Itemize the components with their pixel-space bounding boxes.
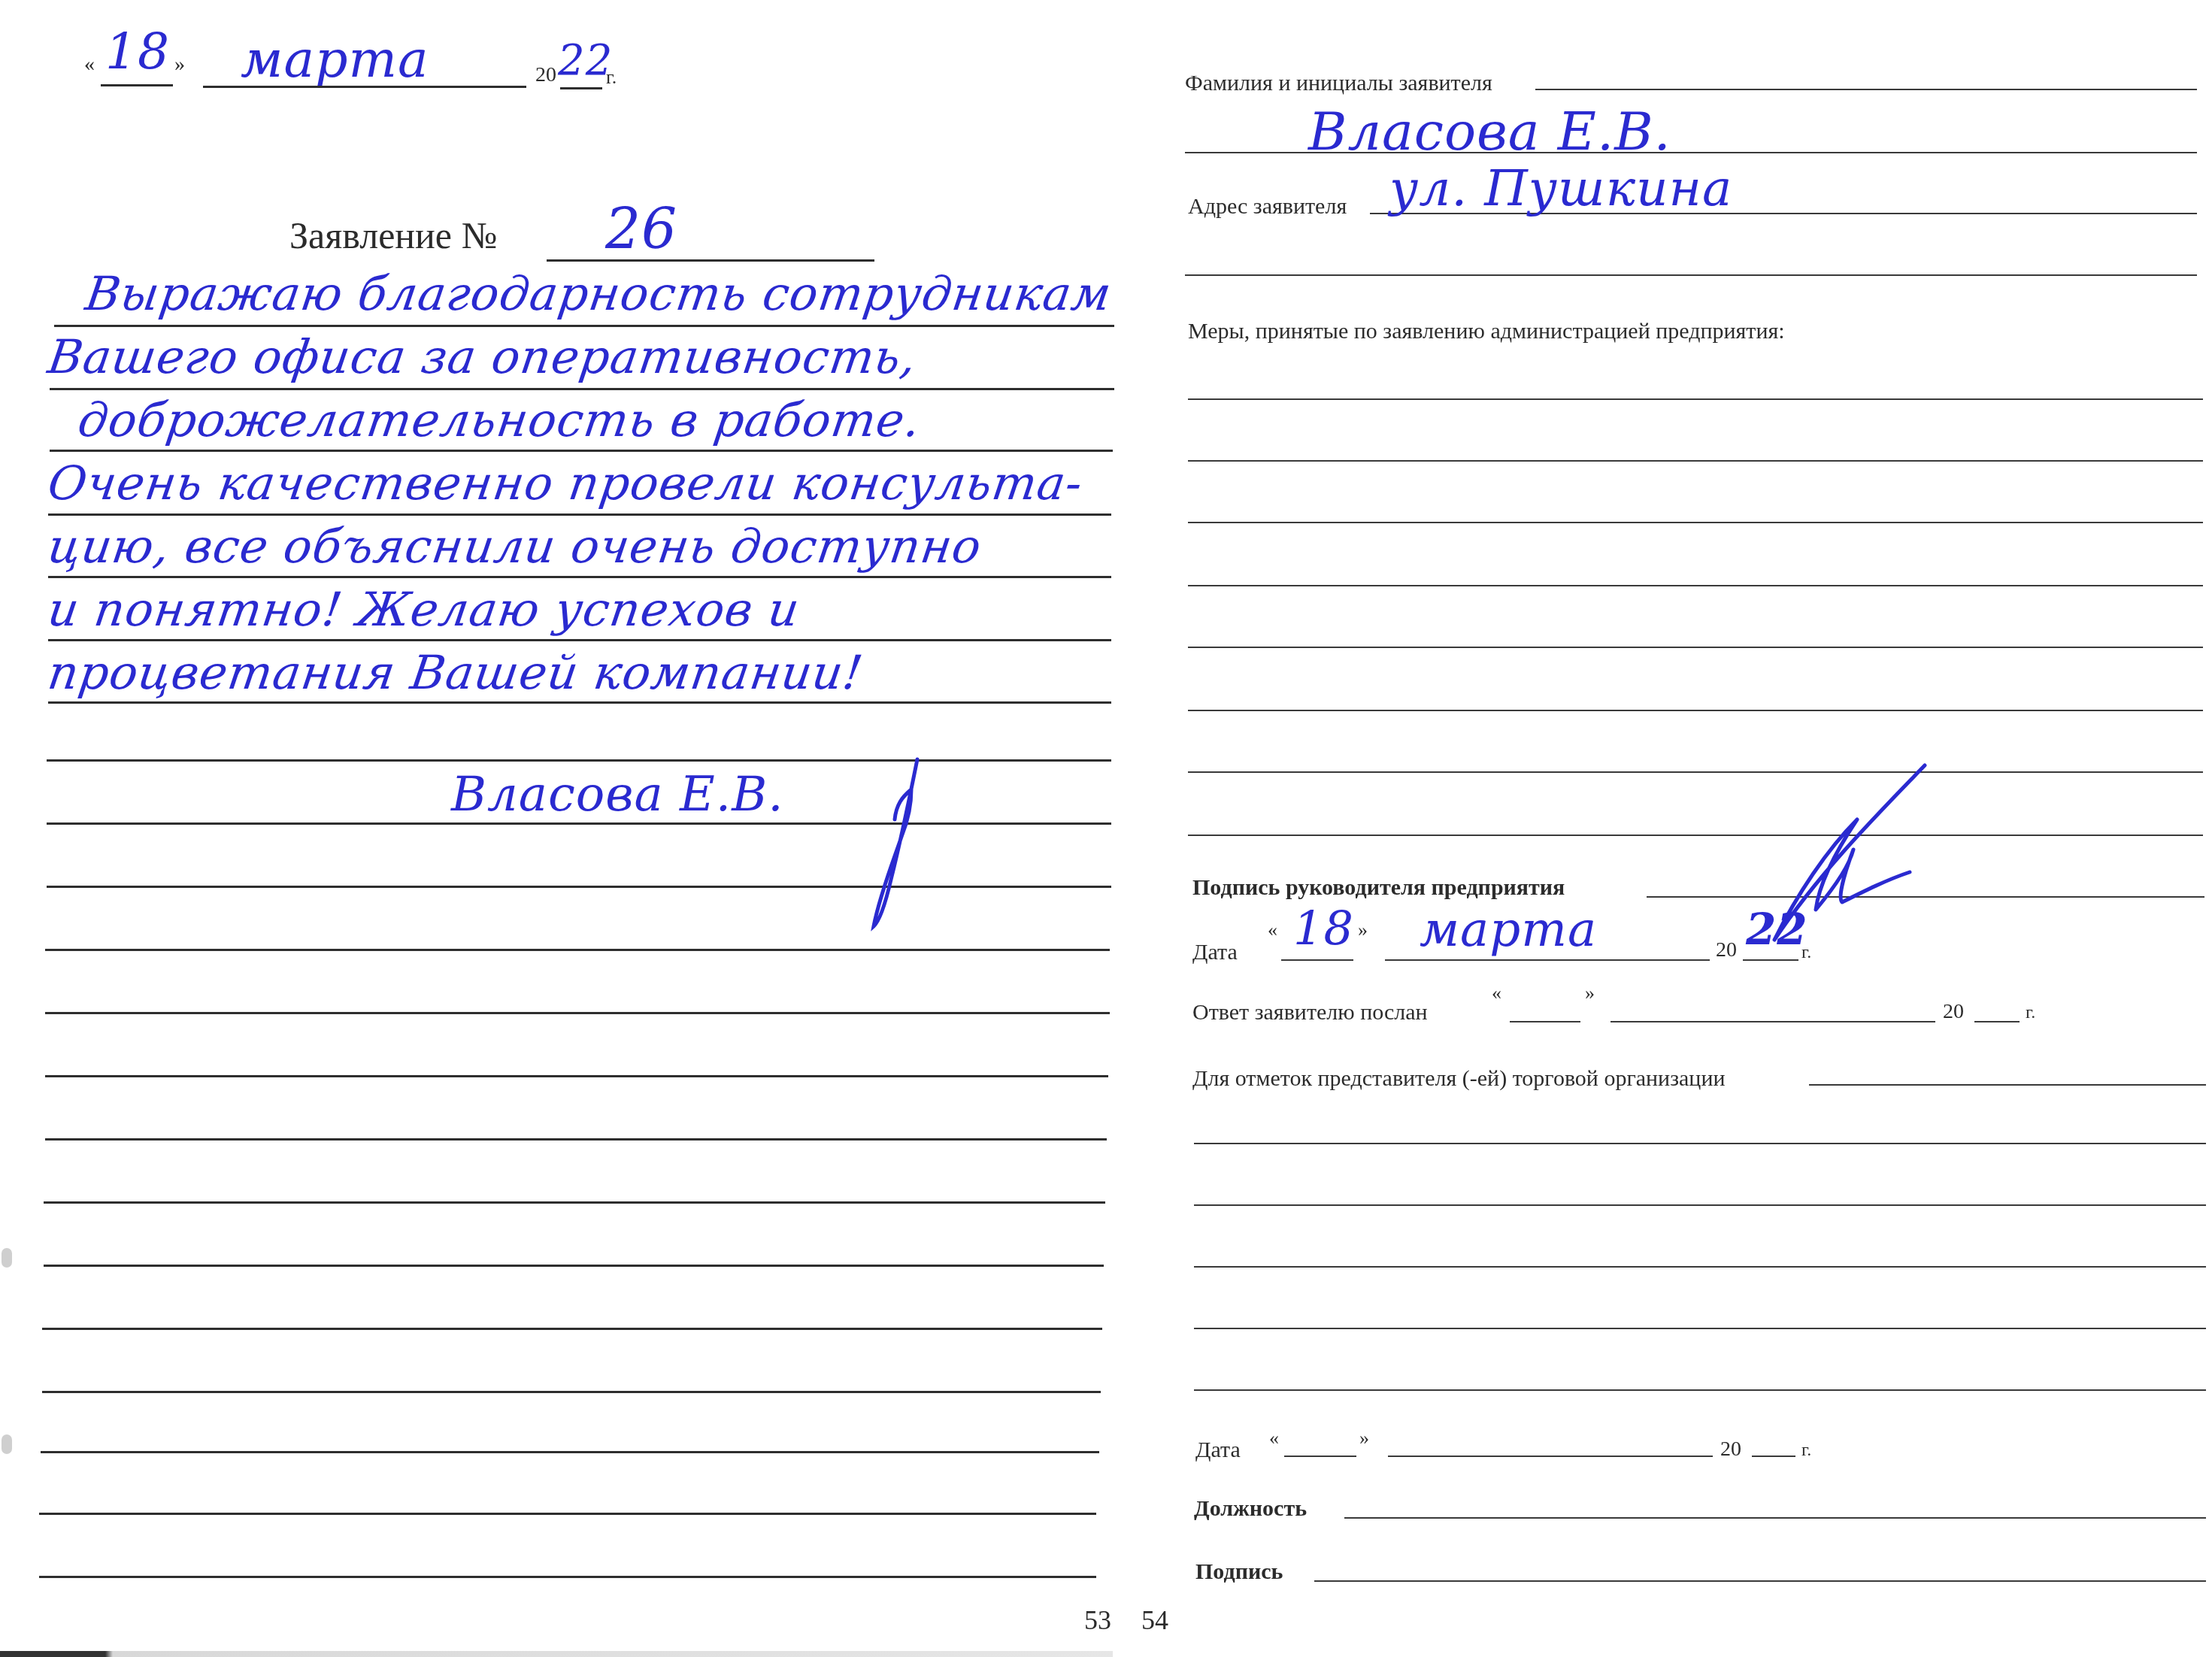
manager-date-month: марта: [1420, 902, 1597, 958]
manager-date-year-suffix: 22: [1746, 904, 1808, 955]
body-line: цию, все объяснили очень доступно: [45, 523, 984, 570]
ruled-line: [42, 1328, 1102, 1330]
measures-line: [1188, 710, 2203, 711]
reply-day-line: [1510, 1021, 1580, 1022]
manager-signature-icon: [1684, 759, 1932, 947]
measures-line: [1188, 647, 2203, 648]
reply-month-line: [1611, 1021, 1935, 1022]
application-number-line: [547, 259, 874, 262]
final-date-label: Дата: [1195, 1437, 1241, 1463]
ruled-line: [50, 450, 1113, 452]
page-number-right: 54: [1141, 1604, 1168, 1636]
position-label: Должность: [1194, 1496, 1307, 1522]
applicant-address-label: Адрес заявителя: [1188, 194, 1347, 220]
applicant-address-value: ул. Пушкина: [1389, 159, 1732, 217]
date-month-line: [203, 86, 526, 88]
date-close-quote: »: [174, 53, 185, 77]
measures-line: [1188, 522, 2203, 523]
signature-line: [1314, 1580, 2206, 1582]
ruled-line: [39, 1576, 1096, 1578]
org-notes-label: Для отметок представителя (-ей) торговой…: [1192, 1066, 1726, 1092]
date-day-line: [101, 84, 173, 86]
final-date-month-line: [1388, 1456, 1713, 1457]
applicant-name-label: Фамилия и инициалы заявителя: [1185, 71, 1492, 96]
measures-line: [1188, 460, 2203, 462]
org-notes-line: [1194, 1266, 2206, 1268]
org-notes-line: [1194, 1143, 2206, 1144]
measures-label: Меры, принятые по заявлению администраци…: [1188, 319, 1785, 344]
manager-date-year-line: [1743, 959, 1798, 961]
ruled-line: [48, 639, 1111, 641]
ruled-line: [45, 1012, 1110, 1014]
date-month: марта: [241, 30, 429, 89]
date-open-quote: «: [84, 53, 95, 77]
final-date-year-line: [1752, 1456, 1795, 1457]
date-year-unit: г.: [606, 66, 617, 89]
scan-artifact: [2, 1434, 12, 1454]
manager-date-day-line: [1281, 959, 1353, 961]
ruled-line: [48, 513, 1111, 516]
reply-year-line: [1974, 1021, 2020, 1022]
date-year-prefix: 20: [535, 63, 556, 87]
body-line: Очень качественно провели консульта-: [45, 460, 1086, 507]
org-notes-line: [1194, 1389, 2206, 1391]
page-number-left: 53: [1084, 1604, 1111, 1636]
org-notes-line: [1194, 1204, 2206, 1206]
ruled-line: [39, 1513, 1096, 1515]
manager-date-month-line: [1385, 959, 1710, 961]
org-notes-line: [1809, 1084, 2206, 1086]
ruled-line: [41, 1451, 1099, 1453]
manager-date-year-unit: г.: [1801, 943, 1811, 963]
manager-signature-label: Подпись руководителя предприятия: [1192, 875, 1565, 901]
date-year-line: [560, 87, 602, 89]
manager-date-open-quote: «: [1268, 919, 1277, 941]
org-notes-line: [1194, 1328, 2206, 1329]
measures-line: [1188, 585, 2203, 586]
application-number: 26: [605, 197, 677, 262]
applicant-signature-name: Власова Е.В.: [451, 767, 784, 822]
ruled-line: [47, 886, 1111, 888]
reply-sent-label: Ответ заявителю послан: [1192, 1000, 1428, 1025]
body-line: Вашего офиса за оперативность,: [45, 334, 920, 380]
applicant-name-line-2: [1185, 152, 2197, 153]
ruled-line: [54, 325, 1114, 327]
ruled-line: [47, 822, 1111, 825]
ruled-line: [42, 1391, 1101, 1393]
applicant-signature-icon: [827, 752, 932, 932]
final-date-year-unit: г.: [1801, 1440, 1811, 1461]
ruled-line: [44, 1265, 1104, 1267]
position-line: [1344, 1517, 2206, 1519]
final-date-year-prefix: 20: [1720, 1437, 1741, 1462]
scan-artifact: [2, 1248, 12, 1268]
manager-date-day: 18: [1293, 901, 1354, 956]
ruled-line: [44, 1201, 1105, 1204]
date-year-suffix: 22: [558, 36, 613, 85]
ruled-line: [47, 759, 1111, 762]
reply-open-quote: «: [1492, 982, 1501, 1004]
final-date-day-line: [1284, 1456, 1356, 1457]
ruled-line: [48, 576, 1111, 578]
reply-year-unit: г.: [2026, 1003, 2035, 1023]
body-line: процветания Вашей компании!: [45, 650, 866, 696]
reply-year-prefix: 20: [1943, 1000, 1964, 1024]
manager-date-year-prefix: 20: [1716, 938, 1737, 962]
applicant-address-line-2: [1185, 274, 2197, 276]
final-date-close-quote: »: [1359, 1427, 1369, 1449]
manager-date-label: Дата: [1192, 940, 1238, 965]
ruled-line: [50, 388, 1114, 390]
applicant-name-line: [1535, 89, 2197, 90]
body-line: и понятно! Желаю успехов и: [45, 586, 802, 633]
final-date-open-quote: «: [1269, 1427, 1279, 1449]
scan-edge-bar: [0, 1651, 1113, 1657]
application-title: Заявление №: [289, 214, 497, 257]
date-day: 18: [105, 23, 170, 80]
body-line: доброжелательность в работе.: [75, 397, 923, 444]
reply-close-quote: »: [1585, 982, 1595, 1004]
ruled-line: [45, 1138, 1107, 1141]
ruled-line: [45, 1075, 1108, 1077]
measures-line: [1188, 398, 2203, 400]
ruled-line: [48, 701, 1111, 704]
ruled-line: [45, 949, 1110, 951]
manager-date-close-quote: »: [1358, 919, 1368, 941]
body-line: Выражаю благодарность сотрудникам: [83, 271, 1114, 317]
signature-label: Подпись: [1195, 1559, 1283, 1585]
